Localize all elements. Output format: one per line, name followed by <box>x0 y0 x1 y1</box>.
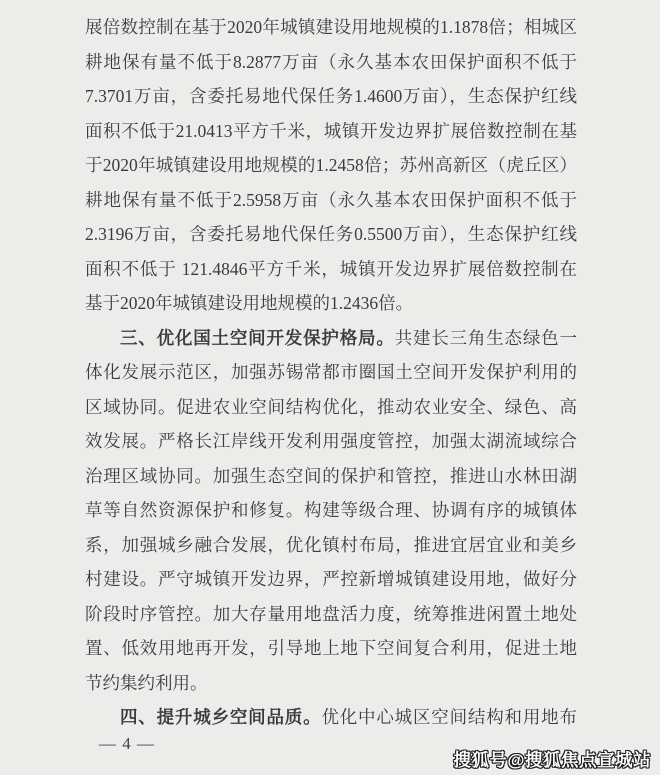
text-line: 草等自然资源保护和修复。构建等级合理、协调有序的城镇体 <box>85 493 577 528</box>
text-line: 区域协同。促进农业空间结构优化，推动农业安全、绿色、高 <box>85 390 577 425</box>
section-4-first-line: 四、提升城乡空间品质。优化中心城区空间结构和用地布 <box>85 700 577 735</box>
text-line: 阶段时序管控。加大存量用地盘活力度，统筹推进闲置土地处 <box>85 597 577 632</box>
section-3-heading: 三、优化国土空间开发保护格局。 <box>120 328 395 348</box>
section-4-heading: 四、提升城乡空间品质。 <box>120 707 321 727</box>
text-line: 耕地保有量不低于8.2877万亩（永久基本农田保护面积不低于 <box>85 45 577 80</box>
text-line: 基于2020年城镇建设用地规模的1.2436倍。 <box>85 286 577 321</box>
text-line: 7.3701万亩，含委托易地代保任务1.4600万亩），生态保护红线 <box>85 79 577 114</box>
text-line: 效发展。严格长江岸线开发利用强度管控，加强太湖流域综合 <box>85 424 577 459</box>
text-line: 耕地保有量不低于2.5958万亩（永久基本农田保护面积不低于 <box>85 183 577 218</box>
scanned-document-page: 展倍数控制在基于2020年城镇建设用地规模的1.1878倍；相城区 耕地保有量不… <box>0 0 660 775</box>
text-line: 村建设。严守城镇开发边界，严控新增城镇建设用地，做好分 <box>85 562 577 597</box>
text-line: 展倍数控制在基于2020年城镇建设用地规模的1.1878倍；相城区 <box>85 10 577 45</box>
page-number: — 4 — <box>99 734 155 754</box>
text-line: 面积不低于21.0413平方千米，城镇开发边界扩展倍数控制在基 <box>85 114 577 149</box>
document-text-block: 展倍数控制在基于2020年城镇建设用地规模的1.1878倍；相城区 耕地保有量不… <box>85 10 577 735</box>
text-line: 体化发展示范区，加强苏锡常都市圈国土空间开发保护利用的 <box>85 355 577 390</box>
section-4-first-line-text: 优化中心城区空间结构和用地布 <box>321 707 577 727</box>
text-line: 置、低效用地再开发，引导地上地下空间复合利用，促进土地 <box>85 631 577 666</box>
section-3-first-line-text: 共建长三角生态绿色一 <box>395 328 577 348</box>
text-line: 2.3196万亩，含委托易地代保任务0.5500万亩），生态保护红线 <box>85 217 577 252</box>
text-line: 于2020年城镇建设用地规模的1.2458倍；苏州高新区（虎丘区） <box>85 148 577 183</box>
text-line: 治理区域协同。加强生态空间的保护和管控，推进山水林田湖 <box>85 459 577 494</box>
text-line: 节约集约利用。 <box>85 666 577 701</box>
watermark-text: 搜狐号@搜狐焦点宣城站 <box>453 747 651 772</box>
text-line: 系，加强城乡融合发展，优化镇村布局，推进宜居宜业和美乡 <box>85 528 577 563</box>
section-3-first-line: 三、优化国土空间开发保护格局。共建长三角生态绿色一 <box>85 321 577 356</box>
text-line: 面积不低于 121.4846平方千米，城镇开发边界扩展倍数控制在 <box>85 252 577 287</box>
